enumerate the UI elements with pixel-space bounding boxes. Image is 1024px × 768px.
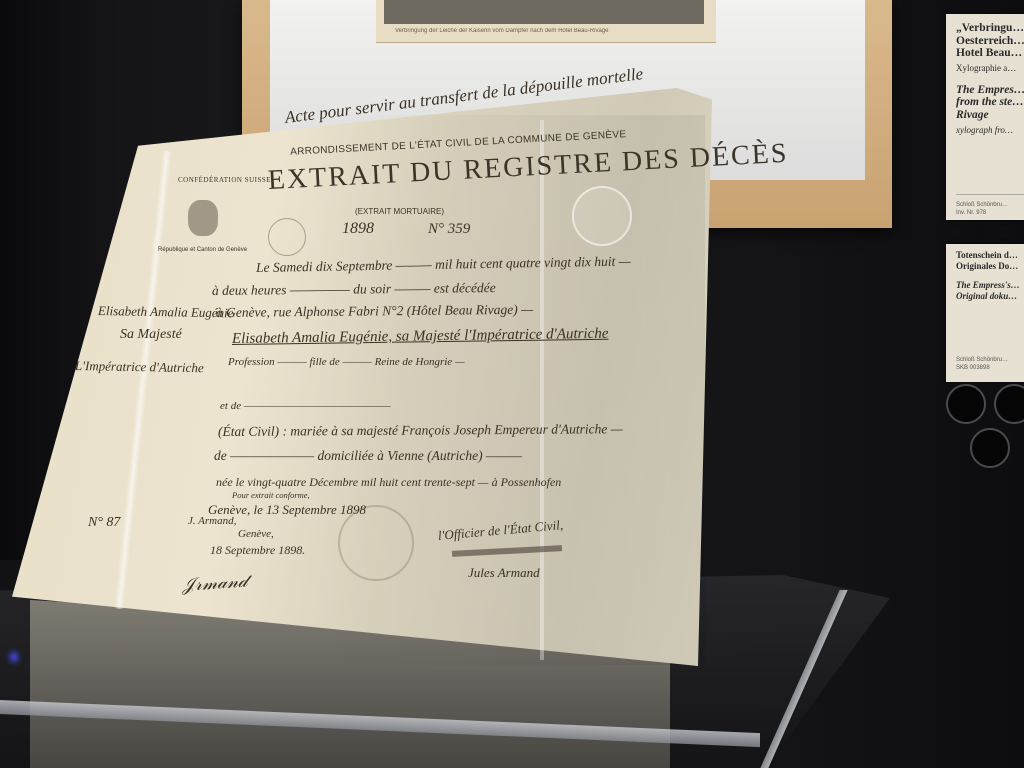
exhibit-label-1: „Verbringu… Oesterreich… Hotel Beau… Xyl… (946, 14, 1024, 220)
body-line: (État Civil) : mariée à sa majesté Franç… (218, 421, 623, 440)
annotation-signature: J. Armand, (188, 515, 236, 527)
label-title-de: „Verbringu… Oesterreich… Hotel Beau… (956, 22, 1024, 60)
annotation-date: 18 Septembre 1898. (210, 543, 305, 558)
mounting-hole (946, 384, 986, 424)
blue-light (10, 652, 18, 662)
confederation-heading: CONFÉDÉRATION SUISSE (178, 176, 271, 184)
document-subtitle: (EXTRAIT MORTUAIRE) (355, 207, 444, 216)
margin-title: Sa Majesté (120, 327, 182, 343)
label-credit: Schloß Schönbru… Inv. Nr. 978 (956, 194, 1024, 217)
paper-fold (540, 120, 544, 660)
label-medium-en: xylograph fro… (956, 125, 1024, 136)
register-year: 1898 (342, 220, 374, 238)
annotation-place: Genève, (238, 528, 274, 540)
body-line: à Genève, rue Alphonse Fabri N°2 (Hôtel … (216, 302, 533, 321)
label-title-en: The Empres… from the ste… Rivage (956, 84, 1024, 122)
label-credit: Schloß Schönbru… SKB 003898 (956, 356, 1008, 372)
certification-text: Pour extrait conforme, (232, 490, 310, 500)
body-line: Profession ——— fille de ——— Reine de Hon… (228, 356, 465, 368)
body-line: à deux heures ————— du soir ——— est décé… (212, 280, 496, 299)
label-title-en: The Empress's… Original doku… (956, 280, 1024, 302)
entry-number: N° 87 (88, 515, 120, 531)
embossed-seal-icon (572, 186, 632, 246)
register-number: N° 359 (428, 221, 470, 238)
body-line: de ——————— domiciliée à Vienne (Autriche… (214, 448, 522, 464)
margin-name: Elisabeth Amalia Eugénie (98, 303, 234, 321)
coat-of-arms-icon (188, 200, 218, 236)
ink-stamp-icon (268, 218, 306, 256)
officer-signature: Jules Armand (468, 565, 540, 581)
republique-heading: République et Canton de Genève (158, 247, 247, 253)
body-line: née le vingt-quatre Décembre mil huit ce… (216, 475, 561, 490)
exhibit-label-2: Totenschein d… Originales Do… The Empres… (946, 244, 1024, 382)
margin-rank: L'Impératrice d'Autriche (75, 358, 204, 376)
print-caption: Verbringung der Leiche der Kaiserin vom … (395, 28, 695, 34)
label-title-de: Totenschein d… Originales Do… (956, 250, 1024, 272)
label-medium-de: Xylographie a… (956, 63, 1024, 74)
mounting-hole (970, 428, 1010, 468)
print-image (384, 0, 704, 24)
body-line: et de ——————————————— (220, 400, 391, 412)
